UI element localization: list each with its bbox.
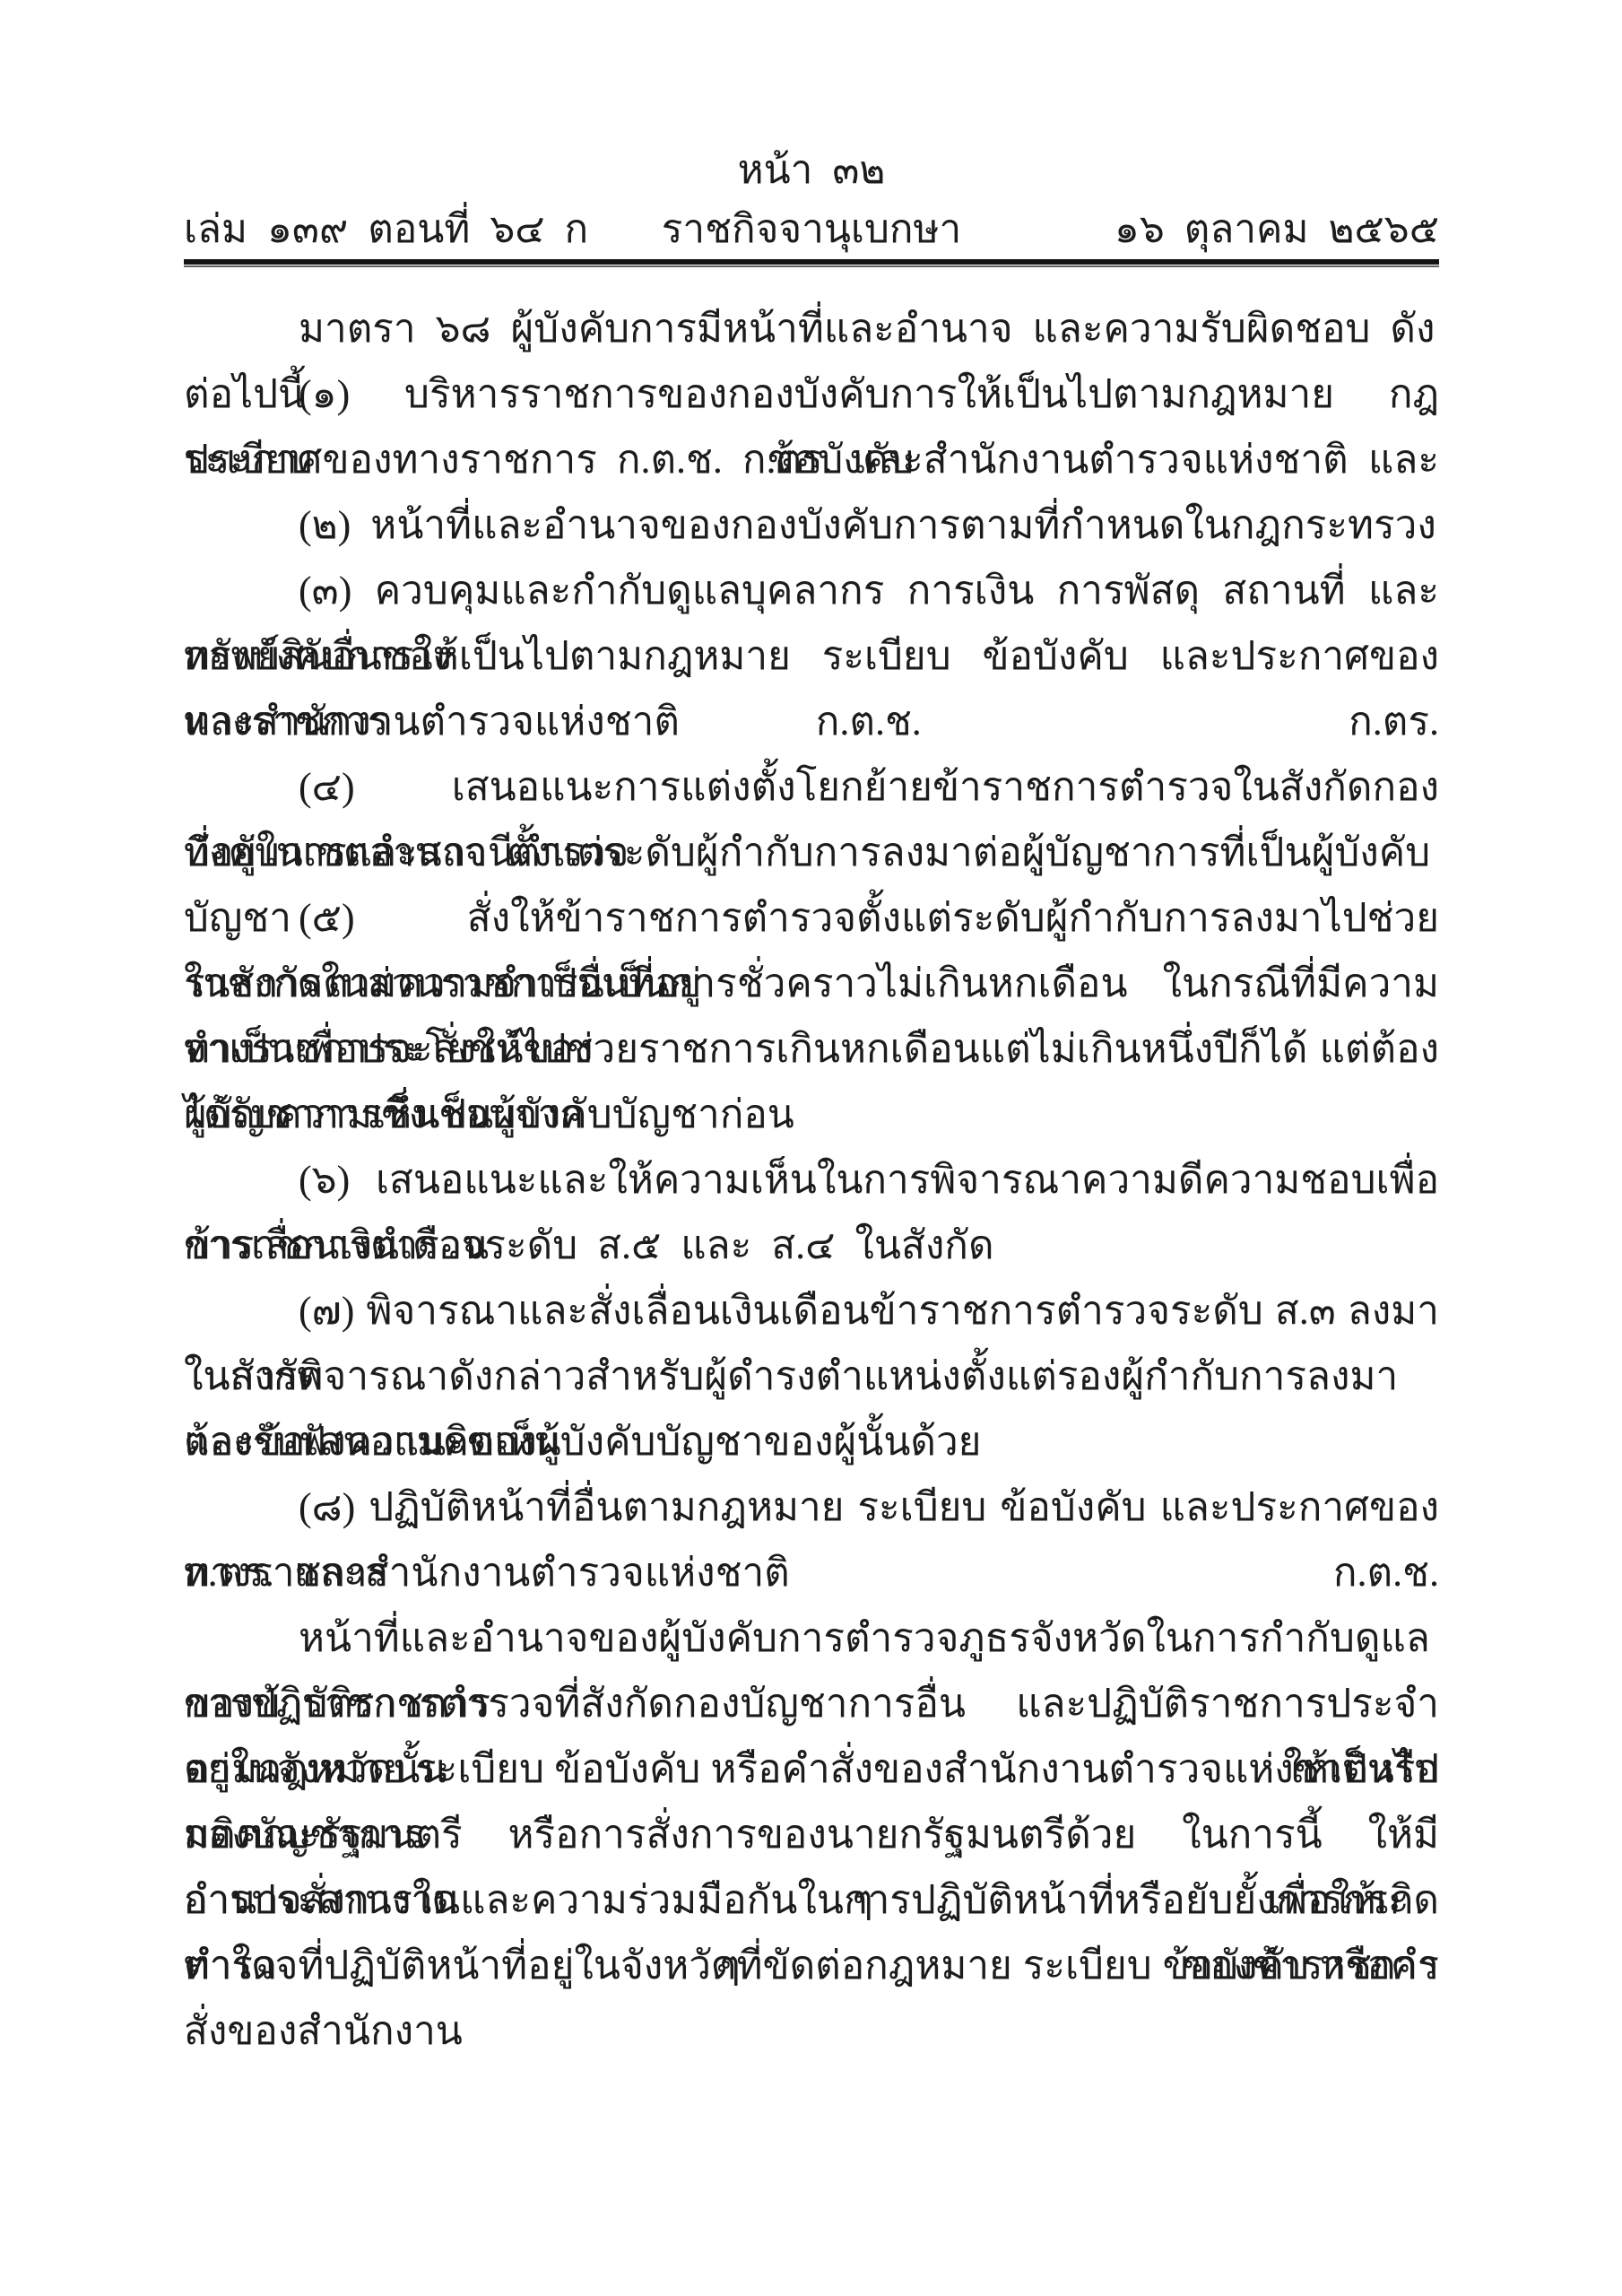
page-number: หน้า ๓๒: [184, 143, 1439, 197]
header-rule: [184, 259, 1439, 267]
text-line: ตำรวจที่ปฏิบัติหน้าที่อยู่ในจังหวัดที่ขั…: [184, 1933, 1439, 1998]
text-line: (๒) หน้าที่และอำนาจของกองบังคับการตามที่…: [184, 492, 1439, 558]
text-line: การประสานงานและความร่วมมือกันในการปฏิบัต…: [184, 1867, 1439, 1933]
text-line: (๕) สั่งให้ข้าราชการตำรวจตั้งแต่ระดับผู้…: [184, 885, 1439, 951]
text-line: ในการพิจารณาดังกล่าวสำหรับผู้ดำรงตำแหน่ง…: [184, 1344, 1439, 1409]
text-line: มาตรา ๖๘ ผู้บังคับการมีหน้าที่และอำนาจ แ…: [184, 296, 1439, 361]
text-line: ข้าราชการตำรวจระดับ ส.๕ และ ส.๔ ในสังกัด: [184, 1213, 1439, 1278]
text-line: ในสังกัดตามความจำเป็นเป็นการชั่วคราวไม่เ…: [184, 951, 1439, 1016]
document-body: มาตรา ๖๘ ผู้บังคับการมีหน้าที่และอำนาจ แ…: [184, 296, 1439, 1998]
text-line: (๓) ควบคุมและกำกับดูแลบุคลากร การเงิน กา…: [184, 558, 1439, 623]
text-line: และข้อเสนอแนะของผู้บังคับบัญชาของผู้นั้น…: [184, 1409, 1439, 1474]
masthead: เล่ม ๑๓๙ ตอนที่ ๖๔ ก ราชกิจจานุเบกษา ๑๖ …: [184, 204, 1439, 255]
text-line: (๑) บริหารราชการของกองบังคับการให้เป็นไป…: [184, 361, 1439, 427]
text-line: ประกาศของทางราชการ ก.ต.ช. ก.ตร. และสำนัก…: [184, 427, 1439, 492]
text-line: (๖) เสนอแนะและให้ความเห็นในการพิจารณาควา…: [184, 1147, 1439, 1213]
text-line: ของข้าราชการตำรวจที่สังกัดกองบัญชาการอื่…: [184, 1671, 1439, 1736]
text-line: ทางราชการจะสั่งให้ไปช่วยราชการเกินหกเดือ…: [184, 1016, 1439, 1082]
text-line: ผู้บัญชาการซึ่งเป็นผู้บังคับบัญชาก่อน: [184, 1082, 1439, 1147]
text-line: กองบังคับการให้เป็นไปตามกฎหมาย ระเบียบ ข…: [184, 623, 1439, 689]
issue-date: ๑๖ ตุลาคม ๒๕๖๕: [1115, 204, 1439, 255]
document-page: หน้า ๓๒ เล่ม ๑๓๙ ตอนที่ ๖๔ ก ราชกิจจานุเ…: [184, 0, 1439, 2296]
text-line: (๔) เสนอแนะการแต่งตั้งโยกย้ายข้าราชการตำ…: [184, 754, 1439, 820]
text-line: มติคณะรัฐมนตรี หรือการสั่งการของนายกรัฐม…: [184, 1802, 1439, 1867]
text-line: ที่อยู่ในเขตอำนาจ ตั้งแต่ระดับผู้กำกับกา…: [184, 820, 1439, 885]
text-line: (๗) พิจารณาและสั่งเลื่อนเงินเดือนข้าราชก…: [184, 1278, 1439, 1344]
text-line: หน้าที่และอำนาจของผู้บังคับการตำรวจภูธรจ…: [184, 1605, 1439, 1671]
text-line: ตามกฎหมาย ระเบียบ ข้อบังคับ หรือคำสั่งขอ…: [184, 1736, 1439, 1802]
text-line: (๘) ปฏิบัติหน้าที่อื่นตามกฎหมาย ระเบียบ …: [184, 1474, 1439, 1540]
